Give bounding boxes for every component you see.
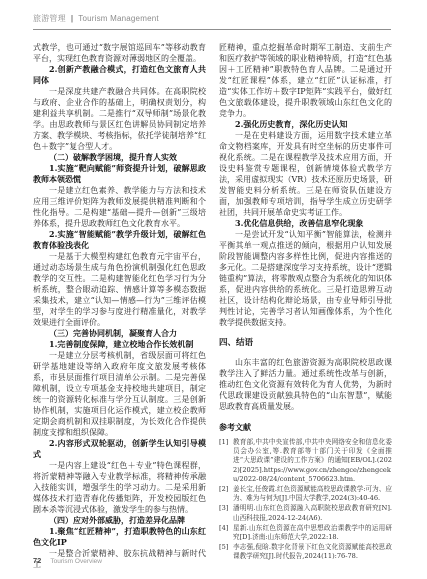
reference-text: 潘明明.山东红色资源融入高职院校思政教育研究[N].山西科技报,2024-12-… [233,504,392,522]
section-heading: 四、结语 [219,338,392,349]
right-column-paragraphs: 匠精神，重点挖掘革命时期军工制造、支前生产和医疗救护等领域的职业精神特质，打造“… [219,42,392,412]
reference-text: 李志强,倪晗.数字化背景下红色文化资源赋能高校思政课教学研究[J].时代报告,2… [233,543,392,561]
references-heading: 参考文献 [219,422,392,433]
journal-section-zh: 旅游管理 [33,13,66,24]
reference-number: [5] [219,543,233,561]
subsection-heading: 1.完善制度保障，建立校地合作长效机制 [33,339,206,350]
left-column: 式教学，也可通过“数字展馆巡回车”等移动教育平台，实现红色教育资源对薄弱地区的全… [33,42,206,570]
paragraph: 一是建立红色素养、教学能力与方法和技术应用三维评价矩阵为教师发展提供精准判断和个… [33,185,206,229]
paragraph: 一是基于大模型构建红色教育元宇宙平台，通过动态场景生成与角色扮演机制强化红色思政… [33,251,206,328]
reference-number: [4] [219,524,233,542]
subsection-heading: 2.实施“智能赋能”教学升级计划，破解红色教育体验浅表化 [33,229,206,251]
subsection-heading: （四）应对外部威胁，打造差异化品牌 [33,515,206,526]
reference-item: [4]星新.山东红色资源在高中思想政治课教学中的运用研究[D].济南:山东师范大… [219,524,392,542]
reference-item: [5]李志强,倪晗.数字化背景下红色文化资源赋能高校思政课教学研究[J].时代报… [219,543,392,561]
reference-number: [3] [219,504,233,522]
reference-text: 教育部,中共中央宣传部,中共中央网络安全和信息化委员会办公室,等.教育部等十部门… [233,438,392,484]
right-column: 匠精神，重点挖掘革命时期军工制造、支前生产和医疗救护等领域的职业精神特质，打造“… [219,42,392,570]
header-separator: | [71,14,73,23]
page-footer: 72 Tourism Overview [33,556,102,565]
header-rule [33,29,391,30]
paragraph: 一是建立分层考核机制，省级层面可将红色研学基地建设等纳入政府年度文旅发展考核体系… [33,350,206,438]
paragraph: 一是内容上建设“红色＋专业”特色课程群，将沂蒙精神等融入专业教学标准，将精神传承… [33,460,206,515]
paragraph: 一是深度共建产教融合共同体。在高职院校与政府、企业合作的基础上，明确权责划分，构… [33,86,206,152]
reference-number: [2] [219,485,233,503]
paragraph: 一是在史料建设方面，运用数字技术建立革命文物档案库，开发具有时空坐标的历史事件可… [219,130,392,218]
paragraph: 山东丰富的红色旅游资源为高职院校思政课教学注入了鲜活力量。通过系统性改革与创新，… [219,357,392,412]
running-header: 旅游管理 | Tourism Management [33,13,393,24]
paragraph: 式教学，也可通过“数字展馆巡回车”等移动教育平台，实现红色教育资源对薄弱地区的全… [33,42,206,64]
reference-text: 姜长宝,任俊霞.红色资源赋能高校思政课教学:可为、应为、难为与何为[J].中国大… [233,485,392,503]
reference-item: [3]潘明明.山东红色资源融入高职院校思政教育研究[N].山西科技报,2024-… [219,504,392,522]
subsection-heading: 2.强化历史教育，深化历史认知 [219,119,392,130]
subsection-heading: 1.实施“靶向赋能”师资提升计划，破解思政教师本领恐慌 [33,163,206,185]
subsection-heading: 3.优化信息供给，改善信息窄化现象 [219,218,392,229]
paragraph: 一是尝试开发“认知平衡”智能算法，检测并平衡其单一观点推送的倾向，根据用户认知发… [219,229,392,328]
subsection-heading: 2.内容形式双轮驱动，创新学生认知引导模式 [33,438,206,460]
reference-text: 星新.山东红色资源在高中思想政治课教学中的运用研究[D].济南:山东师范大学,2… [233,524,392,542]
paragraph: 匠精神，重点挖掘革命时期军工制造、支前生产和医疗救护等领域的职业精神特质，打造“… [219,42,392,119]
subsection-heading: （二）破解教学困境，提升育人实效 [33,152,206,163]
subsection-heading: 2.创新产教融合模式，打造红色文旅育人共同体 [33,64,206,86]
subsection-heading: 1.聚焦“红匠精神”，打造职教特色的山东红色文化IP [33,526,206,548]
references-list: [1]教育部,中共中央宣传部,中共中央网络安全和信息化委员会办公室,等.教育部等… [219,438,392,562]
reference-item: [2]姜长宝,任俊霞.红色资源赋能高校思政课教学:可为、应为、难为与何为[J].… [219,485,392,503]
journal-section-en: Tourism Management [78,14,159,23]
subsection-heading: （三）完善协同机制，凝聚育人合力 [33,328,206,339]
page-number: 72 [33,556,41,565]
reference-number: [1] [219,438,233,484]
footer-label: Tourism Overview [50,558,102,565]
article-body: 式教学，也可通过“数字展馆巡回车”等移动教育平台，实现红色教育资源对薄弱地区的全… [33,42,393,570]
reference-item: [1]教育部,中共中央宣传部,中共中央网络安全和信息化委员会办公室,等.教育部等… [219,438,392,484]
